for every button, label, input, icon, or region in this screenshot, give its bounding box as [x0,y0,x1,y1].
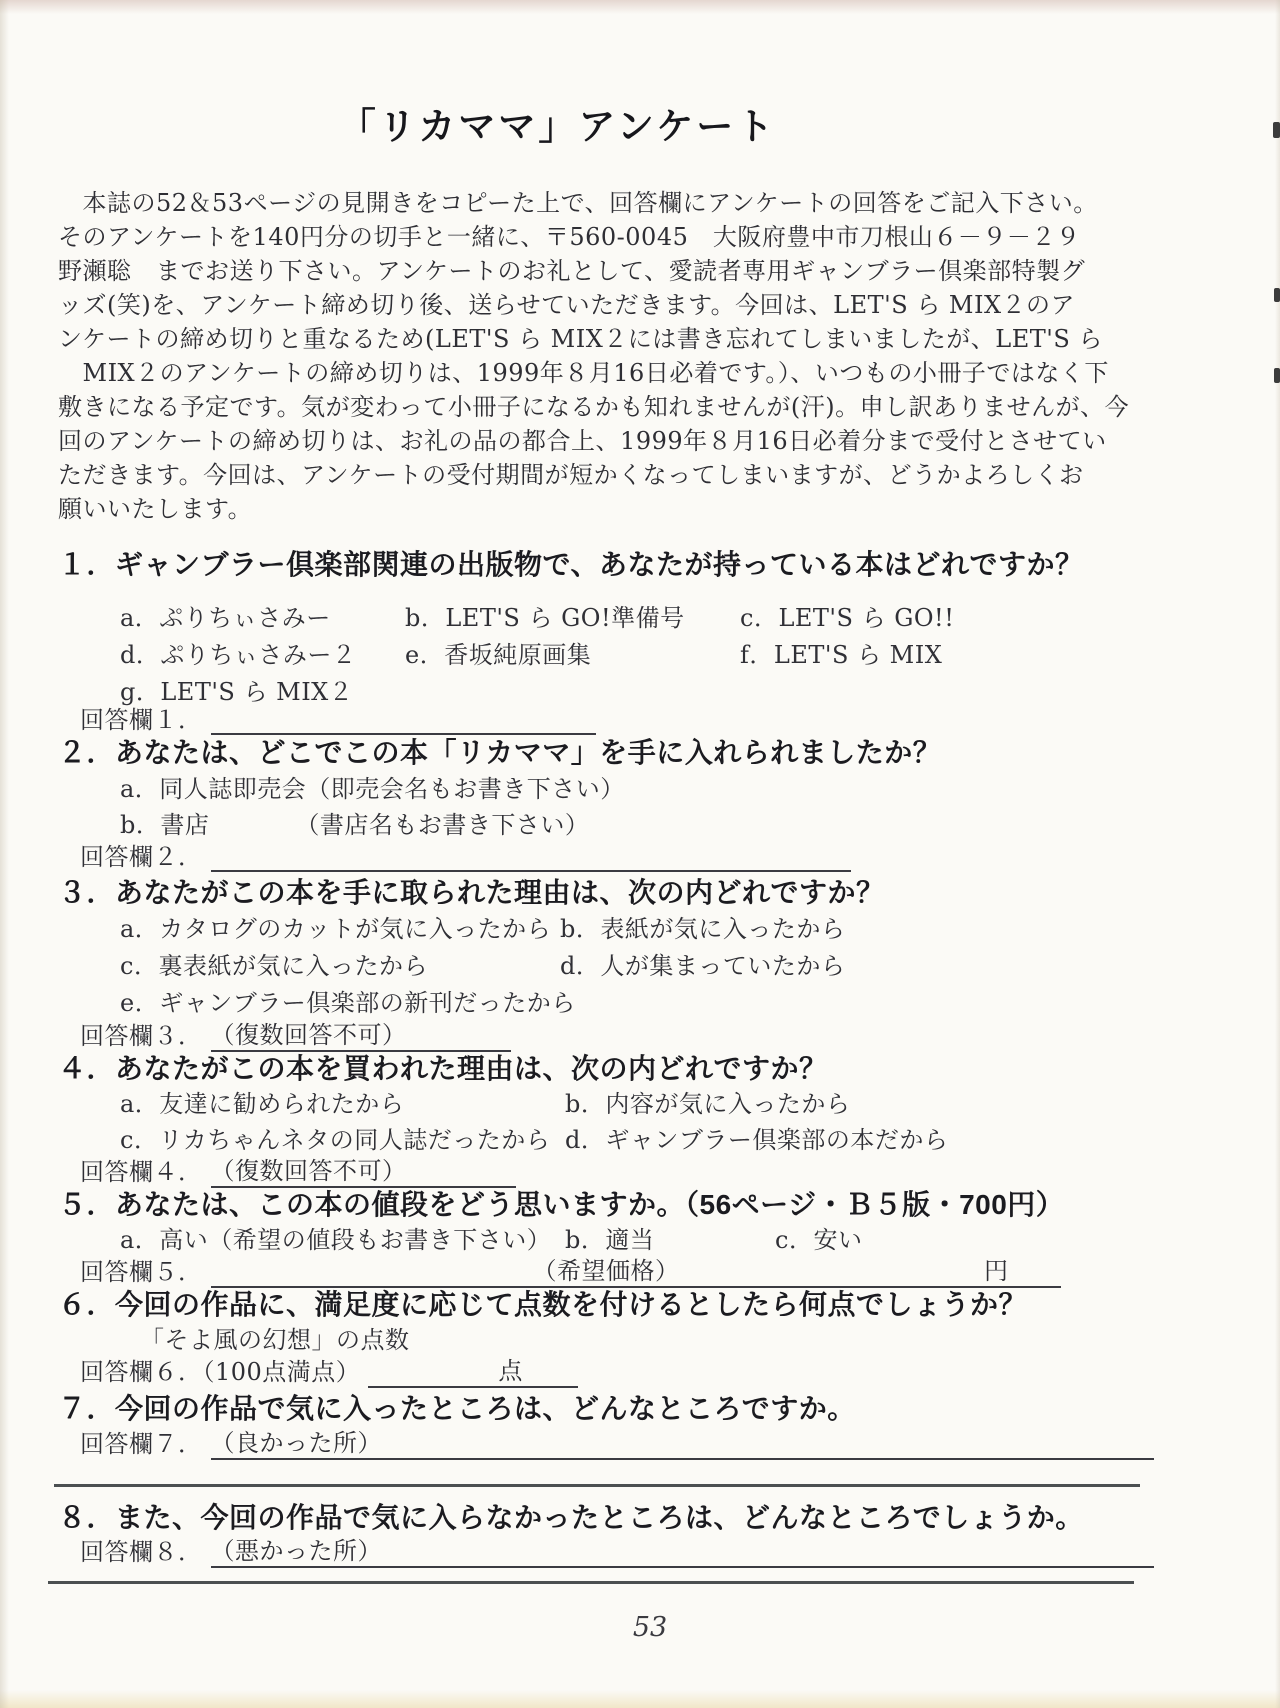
intro-line: ッズ(笑)を、アンケート締め切り後、送らせていただきます。今回は、LET'S ら… [58,288,1129,322]
answer-5-label: 回答欄５． [80,1258,203,1286]
question-3-heading: ３．あなたがこの本を手に取られた理由は、次の内どれですか？ [58,871,885,911]
q3-option-b: b．表紙が気に入ったから [560,909,845,944]
q6-work-title-line: 「そよ風の幻想」の点数 [140,1320,410,1355]
answer-line-2: 回答欄２． [80,837,851,872]
question-6-heading: ６．今回の作品に、満足度に応じて点数を付けるとしたら何点でしょうか？ [58,1283,1027,1323]
answer-2-label: 回答欄２． [80,843,203,871]
scanned-questionnaire-page: 「リカママ」アンケート 本誌の52＆53ページの見開きをコピーた上で、回答欄にア… [0,0,1280,1708]
intro-line: 回のアンケートの締め切りは、お礼の品の都合上、1999年８月16日必着分まで受付… [58,424,1129,458]
q1-option-d: d．ぷりちぃさみー２ [120,635,405,670]
q5-option-b: b．適当 [565,1220,775,1255]
answer-7-blank: （良かった所） [211,1426,1154,1460]
intro-paragraph: 本誌の52＆53ページの見開きをコピーた上で、回答欄にアンケートの回答をご記入下… [58,186,1129,526]
question-3-options-row: c．裏表紙が気に入ったからd．人が集まっていたから [120,946,845,981]
question-1-options-row: d．ぷりちぃさみー２e．香坂純原画集f．LET'S ら MIX [120,635,942,670]
q2-option-a: a．同人誌即売会（即売会名もお書き下さい） [120,769,625,804]
q2-option-b: b．書店 （書店名もお書き下さい） [120,805,589,840]
q5-option-c: c．安い [775,1220,862,1255]
answer-line-7: 回答欄７．（良かった所） [80,1424,1154,1460]
answer-line-6: 回答欄６．（100点満点）点 [80,1352,578,1388]
answer-6-blank: 点 [368,1354,578,1388]
question-4-options-row: a．友達に勧められたからb．内容が気に入ったから [120,1084,850,1119]
scan-edge-bottom [0,1690,1280,1708]
q3-option-a: a．カタログのカットが気に入ったから [120,909,560,944]
question-1-options-row: a．ぷりちぃさみーb．LET'S ら GO!準備号c．LET'S ら GO!! [120,598,954,633]
intro-line: ただきます。今回は、アンケートの受付期間が短かくなってしまいますが、どうかよろし… [58,458,1129,492]
q1-option-a: a．ぷりちぃさみー [120,598,405,633]
q3-option-d: d．人が集まっていたから [560,946,845,981]
question-3-options-row: a．カタログのカットが気に入ったからb．表紙が気に入ったから [120,909,845,944]
answer-line-7-second [54,1484,1140,1487]
answer-1-label: 回答欄１． [80,706,203,734]
answer-6-label: 回答欄６． [80,1358,203,1386]
question-8-heading: ８．また、今回の作品で気に入らなかったところは、どんなところでしょうか。 [58,1496,1084,1536]
answer-3-note: （復数回答不可） [211,1015,407,1050]
scan-edge-left [0,0,9,1708]
question-4-heading: ４．あなたがこの本を買われた理由は、次の内どれですか？ [58,1047,828,1087]
q1-option-c: c．LET'S ら GO!! [740,598,954,633]
answer-line-8-second [48,1581,1134,1584]
answer-2-blank [211,844,851,872]
answer-line-1: 回答欄１． [80,700,596,735]
q4-option-c: c．リカちゃんネタの同人誌だったから [120,1120,565,1155]
question-4-options-row: c．リカちゃんネタの同人誌だったからd．ギャンブラー倶楽部の本だから [120,1120,948,1155]
answer-8-note: （悪かった所） [211,1531,383,1566]
answer-5-price-label: （希望価格） [533,1251,680,1286]
q4-option-a: a．友達に勧められたから [120,1084,565,1119]
scan-artifact [1273,122,1280,138]
question-7-heading: ７．今回の作品で気に入ったところは、どんなところですか。 [58,1387,856,1427]
answer-7-label: 回答欄７． [80,1430,203,1458]
answer-8-label: 回答欄８． [80,1538,203,1566]
intro-line: 本誌の52＆53ページの見開きをコピーた上で、回答欄にアンケートの回答をご記入下… [58,186,1129,220]
q1-option-e: e．香坂純原画集 [405,635,740,670]
answer-8-blank: （悪かった所） [211,1534,1154,1568]
q5-option-a: a．高い（希望の値段もお書き下さい） [120,1220,565,1255]
answer-5-yen-unit: 円 [984,1251,1009,1286]
q4-option-b: b．内容が気に入ったから [565,1084,850,1119]
answer-7-note: （良かった所） [211,1423,383,1458]
intro-line: 野瀬聡 までお送り下さい。アンケートのお礼として、愛読者専用ギャンブラー倶楽部特… [58,254,1129,288]
answer-4-label: 回答欄４． [80,1158,203,1186]
scan-artifact [1274,368,1280,383]
intro-line: MIX２のアンケートの締め切りは、1999年８月16日必着です。）、いつもの小冊… [58,356,1129,390]
answer-4-note: （復数回答不可） [211,1151,407,1186]
question-5-options-row: a．高い（希望の値段もお書き下さい）b．適当c．安い [120,1220,862,1255]
intro-line: ンケートの締め切りと重なるため(LET'S ら MIX２には書き忘れてしまいまし… [58,322,1129,356]
answer-3-label: 回答欄３． [80,1022,203,1050]
question-2-heading: ２．あなたは、どこでこの本「リカママ」を手に入れられましたか？ [58,731,941,771]
scan-edge-top [0,0,1280,14]
q3-option-c: c．裏表紙が気に入ったから [120,946,560,981]
scan-artifact [1274,288,1280,302]
intro-line: そのアンケートを140円分の切手と一緒に、〒560-0045 大阪府豊中市刀根山… [58,220,1129,254]
question-5-heading: ５．あなたは、この本の値段をどう思いますか。（56ページ・Ｂ５版・700円） [58,1183,1064,1223]
q3-option-e: e．ギャンブラー倶楽部の新刊だったから [120,983,576,1018]
intro-line: 敷きになる予定です。気が変わって小冊子になるかも知れませんが(汗)。申し訳ありま… [58,390,1129,424]
page-title: 「リカママ」アンケート [0,96,1115,150]
answer-6-points-unit: 点 [498,1351,523,1386]
q1-option-b: b．LET'S ら GO!準備号 [405,598,740,633]
intro-line: 願いいたします。 [58,492,1129,526]
question-1-heading: １．ギャンブラー倶楽部関連の出版物で、あなたが持っている本はどれですか？ [58,543,1083,583]
scan-edge-right [1275,0,1280,1708]
q4-option-d: d．ギャンブラー倶楽部の本だから [565,1120,948,1155]
answer-line-8: 回答欄８．（悪かった所） [80,1532,1154,1568]
answer-6-note: （100点満点） [203,1358,361,1386]
page-number: 53 [0,1612,1280,1643]
q1-option-f: f．LET'S ら MIX [740,635,942,670]
